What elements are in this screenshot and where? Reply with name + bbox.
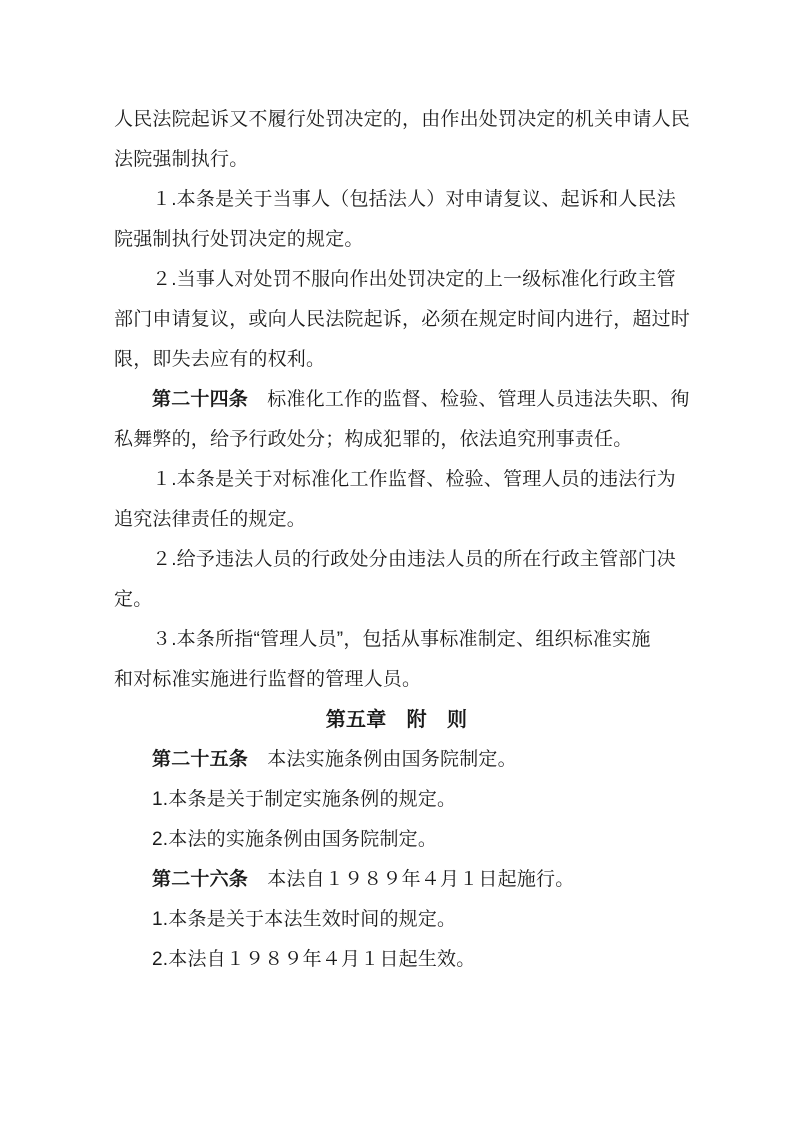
line-text: １.本条是关于当事人（包括法人）对申请复议、起诉和人民法 (152, 189, 676, 210)
text-line: 院强制执行处罚决定的规定。 (114, 220, 679, 260)
text-line: ３.本条所指“管理人员”，包括从事标准制定、组织标准实施 (114, 620, 679, 660)
article-number: 第二十六条 (152, 869, 248, 890)
line-text: 人民法院起诉又不履行处罚决定的，由作出处罚决定的机关申请人民 (114, 109, 690, 130)
text-line: ２.当事人对处罚不服向作出处罚决定的上一级标准化行政主管 (114, 260, 679, 300)
text-line: 法院强制执行。 (114, 140, 679, 180)
article-number: 第二十五条 (152, 749, 248, 770)
line-text: 私舞弊的，给予行政处分；构成犯罪的，依法追究刑事责任。 (114, 429, 632, 450)
line-text: ２.给予违法人员的行政处分由违法人员的所在行政主管部门决 (152, 549, 676, 570)
text-line: 第二十六条 本法自１９８９年４月１日起施行。 (114, 860, 679, 900)
line-text: 限，即失去应有的权利。 (114, 349, 325, 370)
text-line: 2.本法的实施条例由国务院制定。 (114, 820, 679, 860)
line-text: 2.本法的实施条例由国务院制定。 (152, 829, 437, 850)
document-page: 人民法院起诉又不履行处罚决定的，由作出处罚决定的机关申请人民法院强制执行。１.本… (0, 0, 793, 1122)
text-line: ２.给予违法人员的行政处分由违法人员的所在行政主管部门决 (114, 540, 679, 580)
text-line: 定。 (114, 580, 679, 620)
chapter-heading-text: 第五章 附 则 (326, 709, 467, 731)
line-text: 法院强制执行。 (114, 149, 248, 170)
line-text: ２.当事人对处罚不服向作出处罚决定的上一级标准化行政主管 (152, 269, 676, 290)
text-line: 和对标准实施进行监督的管理人员。 (114, 660, 679, 700)
text-line: 人民法院起诉又不履行处罚决定的，由作出处罚决定的机关申请人民 (114, 100, 679, 140)
line-text: 追究法律责任的规定。 (114, 509, 306, 530)
line-text: 标准化工作的监督、检验、管理人员违法失职、徇 (248, 389, 690, 410)
line-text: 部门申请复议，或向人民法院起诉，必须在规定时间内进行，超过时 (114, 309, 690, 330)
text-line: １.本条是关于对标准化工作监督、检验、管理人员的违法行为 (114, 460, 679, 500)
text-line: 2.本法自１９８９年４月１日起生效。 (114, 940, 679, 980)
text-line: 1.本条是关于本法生效时间的规定。 (114, 900, 679, 940)
article-number: 第二十四条 (152, 389, 248, 410)
text-line: 限，即失去应有的权利。 (114, 340, 679, 380)
text-line: 私舞弊的，给予行政处分；构成犯罪的，依法追究刑事责任。 (114, 420, 679, 460)
line-text: 定。 (114, 589, 152, 610)
line-text: 本法实施条例由国务院制定。 (248, 749, 517, 770)
line-text: 和对标准实施进行监督的管理人员。 (114, 669, 421, 690)
line-text: 1.本条是关于制定实施条例的规定。 (152, 789, 456, 810)
line-text: ３.本条所指“管理人员”，包括从事标准制定、组织标准实施 (152, 629, 651, 650)
document-content: 人民法院起诉又不履行处罚决定的，由作出处罚决定的机关申请人民法院强制执行。１.本… (114, 100, 679, 980)
chapter-heading: 第五章 附 则 (114, 700, 679, 740)
text-line: 第二十五条 本法实施条例由国务院制定。 (114, 740, 679, 780)
text-line: 1.本条是关于制定实施条例的规定。 (114, 780, 679, 820)
text-line: 第二十四条 标准化工作的监督、检验、管理人员违法失职、徇 (114, 380, 679, 420)
line-text: 1.本条是关于本法生效时间的规定。 (152, 909, 456, 930)
line-text: 院强制执行处罚决定的规定。 (114, 229, 364, 250)
line-text: 2.本法自１９８９年４月１日起生效。 (152, 949, 475, 970)
line-text: １.本条是关于对标准化工作监督、检验、管理人员的违法行为 (152, 469, 676, 490)
line-text: 本法自１９８９年４月１日起施行。 (248, 869, 574, 890)
text-line: １.本条是关于当事人（包括法人）对申请复议、起诉和人民法 (114, 180, 679, 220)
text-line: 追究法律责任的规定。 (114, 500, 679, 540)
text-line: 部门申请复议，或向人民法院起诉，必须在规定时间内进行，超过时 (114, 300, 679, 340)
